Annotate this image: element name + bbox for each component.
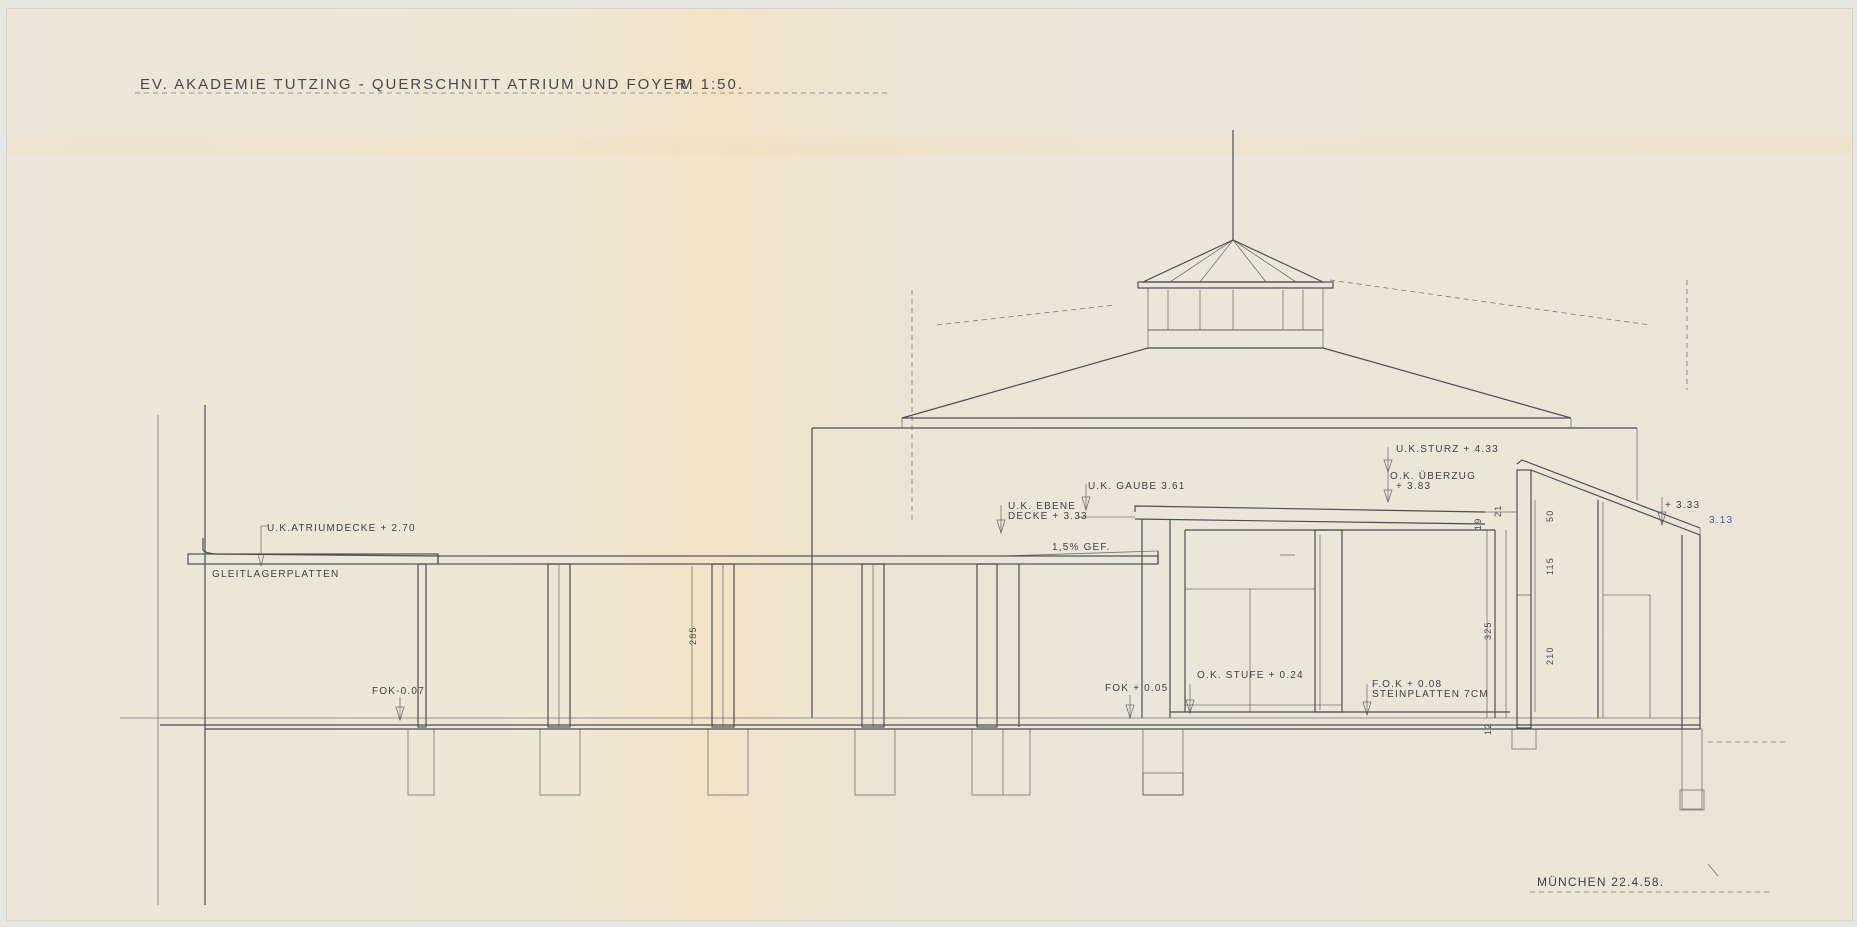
atrium-columns <box>418 564 1019 727</box>
label-dormer: U.K. GAUBE 3.61 <box>1088 481 1185 492</box>
section-drawing: EV. AKADEMIE TUTZING - QUERSCHNITT ATRIU… <box>0 0 1857 927</box>
label-place-date: MÜNCHEN 22.4.58. <box>1537 875 1664 889</box>
level-markers <box>205 447 1666 720</box>
slab-dim: 12 <box>1483 723 1493 735</box>
label-eaves: + 3.33 <box>1665 500 1700 511</box>
left-wall <box>158 405 205 905</box>
window-mid-dim: 115 <box>1545 557 1555 575</box>
label-floor-foyer: FOK + 0.05 <box>1105 683 1168 694</box>
label-floor-atrium: FOK-0.07 <box>372 686 425 697</box>
pen-mark <box>1708 864 1718 876</box>
foundations <box>408 729 1704 810</box>
label-eaves-blue: 3.13 <box>1709 515 1733 526</box>
drawing-title: EV. AKADEMIE TUTZING - QUERSCHNITT ATRIU… <box>140 76 688 93</box>
label-step: O.K. STUFE + 0.24 <box>1197 670 1304 681</box>
window-top-dim: 50 <box>1545 510 1555 522</box>
label-upper-ceiling-2: DECKE + 3.33 <box>1008 511 1088 522</box>
label-bearing-plates: GLEITLAGERPLATTEN <box>212 569 339 580</box>
label-slope: 1,5% GEF. <box>1052 542 1111 553</box>
atrium-height-dim: 285 <box>688 626 698 645</box>
label-floor-stone-2: STEINPLATTEN 7CM <box>1372 689 1489 700</box>
window-low-dim: 210 <box>1545 646 1555 665</box>
main-roof <box>812 280 1687 718</box>
small-dim-b: 19 <box>1473 518 1483 530</box>
label-lintel: U.K.STURZ + 4.33 <box>1396 444 1499 455</box>
small-dim-a: 21 <box>1493 505 1503 517</box>
floor-slab <box>120 718 1700 729</box>
label-atrium-ceiling: U.K.ATRIUMDECKE + 2.70 <box>267 523 416 534</box>
label-beam-2: + 3.83 <box>1396 481 1431 492</box>
foyer-total-dim: 325 <box>1483 621 1493 640</box>
atrium-roof-slab <box>188 538 1158 566</box>
roof-lantern <box>1138 130 1333 348</box>
drawing-scale: M 1:50. <box>680 76 744 93</box>
